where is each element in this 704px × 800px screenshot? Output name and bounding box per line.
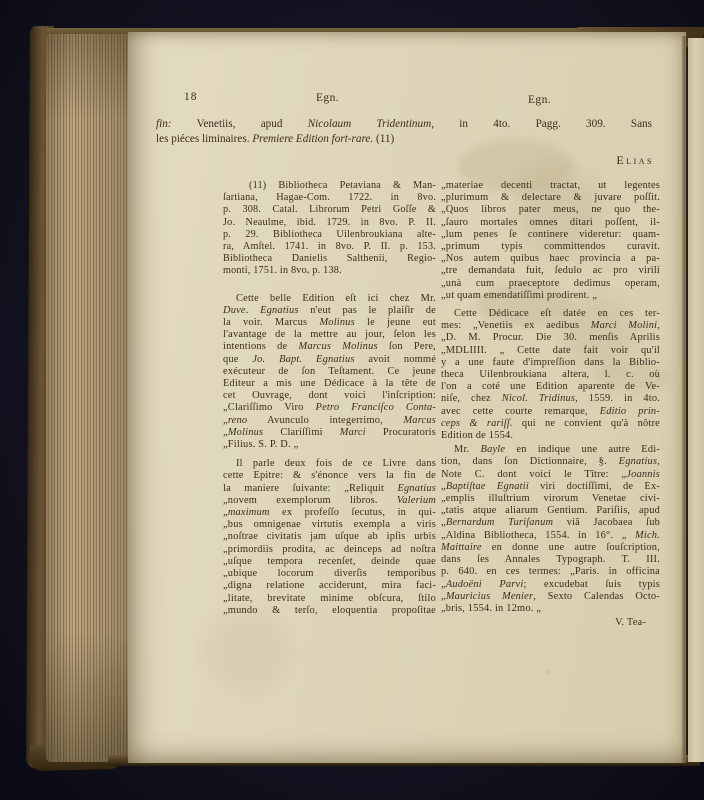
text-line: „ubique locorum diverſis temporibus	[223, 568, 436, 580]
text-line: Mr. Bayle en indique une autre Edi-	[441, 444, 660, 456]
text-line: „materiae decenti tractat, ut legentes	[441, 180, 660, 192]
text-line: Jo. Neaulme, ibid. 1729. in 8vo. P. II.	[223, 217, 436, 229]
text-line: cet Ouvrage, dont voici l'inſcription:	[223, 390, 436, 402]
paragraph: Mr. Bayle en indique une autre Edi-tion,…	[441, 444, 660, 615]
header-paragraph: fin: Venetiis, apud Nicolaum Tridentinum…	[156, 117, 652, 147]
text-line: la maniere ſuivante: „Reliquit Egnatius	[223, 483, 436, 495]
text-line: Edition de 1554.	[441, 430, 660, 442]
text-line: „Bernardum Turiſanum viâ Jacobaea ſub	[441, 517, 660, 529]
text-line: p. 29. Bibliotheca Uilenbroukiana alte-	[223, 229, 436, 241]
text-line: „Quos libros pater meus, ne quo the-	[441, 204, 660, 216]
paragraph: Il parle deux fois de ce Livre danscette…	[223, 458, 436, 617]
text-line: „maximum ex profeſſo ſecutus, in qui-	[223, 507, 436, 519]
page-fore-edge-stack	[46, 34, 130, 762]
gutter-crease	[681, 36, 688, 763]
text-line: la voir. Marcus Molinus le jeune eut	[223, 317, 436, 329]
text-line: „mundo & terſo, eloquentia propoſitae	[223, 605, 436, 617]
text-line: theca Uilenbroukiana altera, l. c. où	[441, 369, 660, 381]
text-line: intentions de Marcus Molinus ſon Pere,	[223, 341, 436, 353]
text-line: „ut quam emendatiſſimi prodirent. „	[441, 290, 660, 302]
text-line: p. 308. Catal. Librorum Petri Goſſe &	[223, 204, 436, 216]
running-head-left: Egn.	[316, 92, 339, 104]
text-line: „Baptiſtae Egnatii viri doctiſſimi, de E…	[441, 481, 660, 493]
header-line: les piéces liminaires. Premiere Edition …	[156, 132, 652, 147]
paragraph: „materiae decenti tractat, ut legentes„p…	[441, 180, 660, 302]
text-line: l'on a coté une Edition aparente de Ve-	[441, 381, 660, 393]
text-line: y a une faute d'impreſſion dans la Bibli…	[441, 357, 660, 369]
text-line: „Audoëni Parvi; excudebat ſuis typis	[441, 579, 660, 591]
text-line: monti, 1751. in 8vo. p. 138.	[223, 265, 436, 277]
catchword: V. Tea-	[441, 617, 660, 629]
text-line: „novem exemplorum libros. Valerium	[223, 495, 436, 507]
page-number: 18	[184, 91, 198, 103]
running-head-right: Egn.	[528, 94, 551, 106]
paragraph: Cette Dédicace eſt datée en ces ter-mes:…	[441, 308, 660, 442]
adjacent-page-edge	[688, 38, 704, 762]
text-line: „digna relatione acciderunt, mira faci-	[223, 580, 436, 592]
text-line: niſe, chez Nicol. Tridinus, 1559. in 4to…	[441, 393, 660, 405]
text-line: cette Epitre: & s'énonce vers la fin de	[223, 470, 436, 482]
text-line: p. 640. en ces termes: „Paris. in offici…	[441, 566, 660, 578]
text-line: Editeur a mis une Dédicace à la tête de	[223, 378, 436, 390]
text-line: „primum typis committendos curavit.	[441, 241, 660, 253]
text-line: „lum penes ſe continere videretur: quam-	[441, 229, 660, 241]
text-line: „noſtrae civitatis jam uſque ab ipſis ur…	[223, 531, 436, 543]
text-line: „Molinus Clariſſimi Marci Procuratoris	[223, 427, 436, 439]
paragraph: (11) Bibliotheca Petaviana & Man-ſartian…	[223, 180, 436, 278]
text-line: „tre demandata fuit, ſedulo ac pro viril…	[441, 265, 660, 277]
text-line: „litate, brevitate minime obſcura, ſtilo	[223, 593, 436, 605]
text-line: Cette Dédicace eſt datée en ces ter-	[441, 308, 660, 320]
book-photo-scene: 18 Egn. Egn. fin: Venetiis, apud Nicolau…	[0, 0, 704, 800]
text-line: Duve. Egnatius n'eut pas le plaiſir de	[223, 305, 436, 317]
book-page: 18 Egn. Egn. fin: Venetiis, apud Nicolau…	[128, 32, 686, 763]
text-line: avec cette courte remarque, Editio prin-	[441, 406, 660, 418]
text-line: „emplis illuſtrium virorum Venetae civi-	[441, 493, 660, 505]
text-line: „ſauro mortales omnes ditari poſſent, il…	[441, 217, 660, 229]
text-line: „uſque tempora recenſet, deinde quae	[223, 556, 436, 568]
guide-word: Elias	[441, 153, 658, 168]
text-line: „D. M. Procur. Die 30. menſis Aprilis	[441, 332, 660, 344]
text-line: dans ſes Annales Typograph. T. III.	[441, 554, 660, 566]
text-line: „MDLIIII. „ Cette date fait voir qu'il	[441, 345, 660, 357]
text-line: ra, Amſtel. 1741. in 8vo. P. II. p. 153.	[223, 241, 436, 253]
text-line: „bris, 1554. in 12mo. „	[441, 603, 660, 615]
text-line: „primordiis prodita, ac deinceps ad noſt…	[223, 544, 436, 556]
text-line: Note C. dont voici le Tître: „Joannis	[441, 469, 660, 481]
text-line: „Mauricius Menier, Sexto Calendas Octo-	[441, 591, 660, 603]
text-line: „reno Avunculo integerrimo, Marcus	[223, 415, 436, 427]
text-line: l'avantage de la mettre au jour, ſelon l…	[223, 329, 436, 341]
text-line: Maittaire en donne une autre ſouſcriptio…	[441, 542, 660, 554]
text-line: Bibliotheca Danielis Salthenii, Regio-	[223, 253, 436, 265]
text-line: „tatis atque aliarum Gentium. Pariſiis, …	[441, 505, 660, 517]
text-line: Cette belle Edition eſt ici chez Mr.	[223, 293, 436, 305]
text-column-right: „materiae decenti tractat, ut legentes„p…	[441, 180, 660, 629]
text-line: que Jo. Bapt. Egnatius avoit nommé	[223, 354, 436, 366]
text-line: „Nos autem quibus haec provincia a pa-	[441, 253, 660, 265]
text-line: exécuteur de ſon Teſtament. Ce jeune	[223, 366, 436, 378]
text-line: „unà cum praeceptore dedimus operam,	[441, 278, 660, 290]
text-line: „Filius. S. P. D. „	[223, 439, 436, 451]
text-column-left: (11) Bibliotheca Petaviana & Man-ſartian…	[223, 180, 436, 617]
text-line: tion, dans ſon Dictionnaire, §. Egnatius…	[441, 456, 660, 468]
text-line: Il parle deux fois de ce Livre dans	[223, 458, 436, 470]
text-line: ceps & rariſſ. qui ne convient qu'à nôtr…	[441, 418, 660, 430]
paragraph: Cette belle Edition eſt ici chez Mr.Duve…	[223, 293, 436, 452]
text-line: „plurimum & delectare & juvare poſſit.	[441, 192, 660, 204]
text-line: ſartiana, Hagae-Com. 1722. in 8vo.	[223, 192, 436, 204]
text-line: mes: „Venetiis ex aedibus Marci Molini,	[441, 320, 660, 332]
text-line: „Clariſſimo Viro Petro Franciſco Conta-	[223, 402, 436, 414]
header-line: fin: Venetiis, apud Nicolaum Tridentinum…	[156, 117, 652, 132]
text-line: „bus omnigenae virtutis exempla a viris	[223, 519, 436, 531]
text-line: (11) Bibliotheca Petaviana & Man-	[223, 180, 436, 192]
text-line: „Aldina Bibliotheca, 1554. in 16°. „ Mic…	[441, 530, 660, 542]
